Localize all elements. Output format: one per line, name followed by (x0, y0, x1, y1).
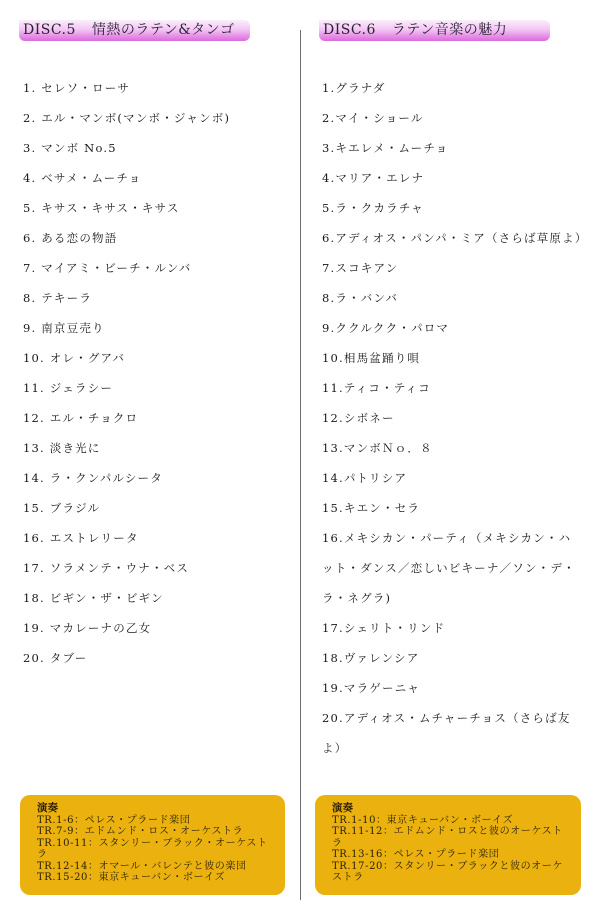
track-item: 20. タブー (23, 643, 288, 673)
performer-line: TR.10-11：スタンリー・ブラック・オーケストラ (37, 838, 271, 861)
track-item: 12.シボネー (322, 403, 584, 433)
disc5-number: DISC.5 (23, 22, 76, 38)
disc6-track-list: 1.グラナダ 2.マイ・ショール 3.キエレメ・ムーチョ 4.マリア・エレナ 5… (322, 73, 584, 763)
track-item: 11.ティコ・ティコ (322, 373, 584, 403)
track-item: 3. マンボ No.5 (23, 133, 288, 163)
track-item: 14.パトリシア (322, 463, 584, 493)
track-item: 13.マンボＮｏ．８ (322, 433, 584, 463)
track-item: 5. キサス・キサス・キサス (23, 193, 288, 223)
track-item: 3.キエレメ・ムーチョ (322, 133, 584, 163)
track-item: 7.スコキアン (322, 253, 584, 283)
track-item: 12. エル・チョクロ (23, 403, 288, 433)
track-item: 10. オレ・グアバ (23, 343, 288, 373)
track-item: 1. セレソ・ローサ (23, 73, 288, 103)
track-item: 4. ベサメ・ムーチョ (23, 163, 288, 193)
disc5-column: DISC.5情熱のラテン&タンゴ 1. セレソ・ローサ 2. エル・マンボ(マン… (0, 0, 300, 923)
performer-line: TR.1-10：東京キューバン・ボーイズ (332, 815, 567, 827)
track-item: 7. マイアミ・ビーチ・ルンバ (23, 253, 288, 283)
track-item: 10.相馬盆踊り唄 (322, 343, 584, 373)
track-item: 11. ジェラシー (23, 373, 288, 403)
performer-line: TR.1-6：ペレス・プラード楽団 (37, 815, 271, 827)
disc5-performers-box: 演奏 TR.1-6：ペレス・プラード楽団 TR.7-9：エドムンド・ロス・オーケ… (20, 795, 285, 895)
performer-line: TR.11-12：エドムンド・ロスと彼のオーケストラ (332, 826, 567, 849)
performers-title: 演奏 (37, 803, 271, 815)
track-item: 9.ククルクク・パロマ (322, 313, 584, 343)
track-item: 13. 淡き光に (23, 433, 288, 463)
track-item: 19. マカレーナの乙女 (23, 613, 288, 643)
disc6-number: DISC.6 (323, 22, 376, 38)
performer-line: TR.17-20：スタンリー・ブラックと彼のオーケストラ (332, 861, 567, 884)
track-item: 8.ラ・バンバ (322, 283, 584, 313)
track-item: 6.アディオス・パンパ・ミア（さらば草原よ） (322, 223, 584, 253)
disc6-column: DISC.6ラテン音楽の魅力 1.グラナダ 2.マイ・ショール 3.キエレメ・ム… (300, 0, 600, 923)
performer-line: TR.13-16：ペレス・プラード楽団 (332, 849, 567, 861)
track-item: 19.マラゲーニャ (322, 673, 584, 703)
performers-title: 演奏 (332, 803, 567, 815)
track-item: 9. 南京豆売り (23, 313, 288, 343)
track-item: 2.マイ・ショール (322, 103, 584, 133)
track-item: 15.キエン・セラ (322, 493, 584, 523)
track-item: 6. ある恋の物語 (23, 223, 288, 253)
disc5-track-list: 1. セレソ・ローサ 2. エル・マンボ(マンボ・ジャンボ) 3. マンボ No… (23, 73, 288, 673)
track-item: 4.マリア・エレナ (322, 163, 584, 193)
track-item: 18. ビギン・ザ・ビギン (23, 583, 288, 613)
track-item: 16. エストレリータ (23, 523, 288, 553)
track-item: 8. テキーラ (23, 283, 288, 313)
track-item: 16.メキシカン・パーティ（メキシカン・ハット・ダンス／恋しいビキーナ／ソン・デ… (322, 523, 584, 613)
disc5-header: DISC.5情熱のラテン&タンゴ (19, 20, 250, 41)
track-item: 17. ソラメンテ・ウナ・ベス (23, 553, 288, 583)
track-item: 2. エル・マンボ(マンボ・ジャンボ) (23, 103, 288, 133)
performer-line: TR.7-9：エドムンド・ロス・オーケストラ (37, 826, 271, 838)
disc6-header: DISC.6ラテン音楽の魅力 (319, 20, 550, 41)
track-item: 14. ラ・クンパルシータ (23, 463, 288, 493)
track-item: 18.ヴァレンシア (322, 643, 584, 673)
performer-line: TR.12-14：オマール・バレンテと彼の楽団 (37, 861, 271, 873)
track-item: 5.ラ・クカラチャ (322, 193, 584, 223)
disc5-title: 情熱のラテン&タンゴ (92, 22, 235, 38)
track-item: 17.シェリト・リンド (322, 613, 584, 643)
track-item: 20.アディオス・ムチャーチョス（さらば友よ） (322, 703, 584, 763)
disc6-title: ラテン音楽の魅力 (392, 22, 507, 38)
track-item: 1.グラナダ (322, 73, 584, 103)
disc6-performers-box: 演奏 TR.1-10：東京キューバン・ボーイズ TR.11-12：エドムンド・ロ… (315, 795, 581, 895)
track-item: 15. ブラジル (23, 493, 288, 523)
tracklist-page: DISC.5情熱のラテン&タンゴ 1. セレソ・ローサ 2. エル・マンボ(マン… (0, 0, 600, 923)
performer-line: TR.15-20：東京キューバン・ボーイズ (37, 872, 271, 884)
